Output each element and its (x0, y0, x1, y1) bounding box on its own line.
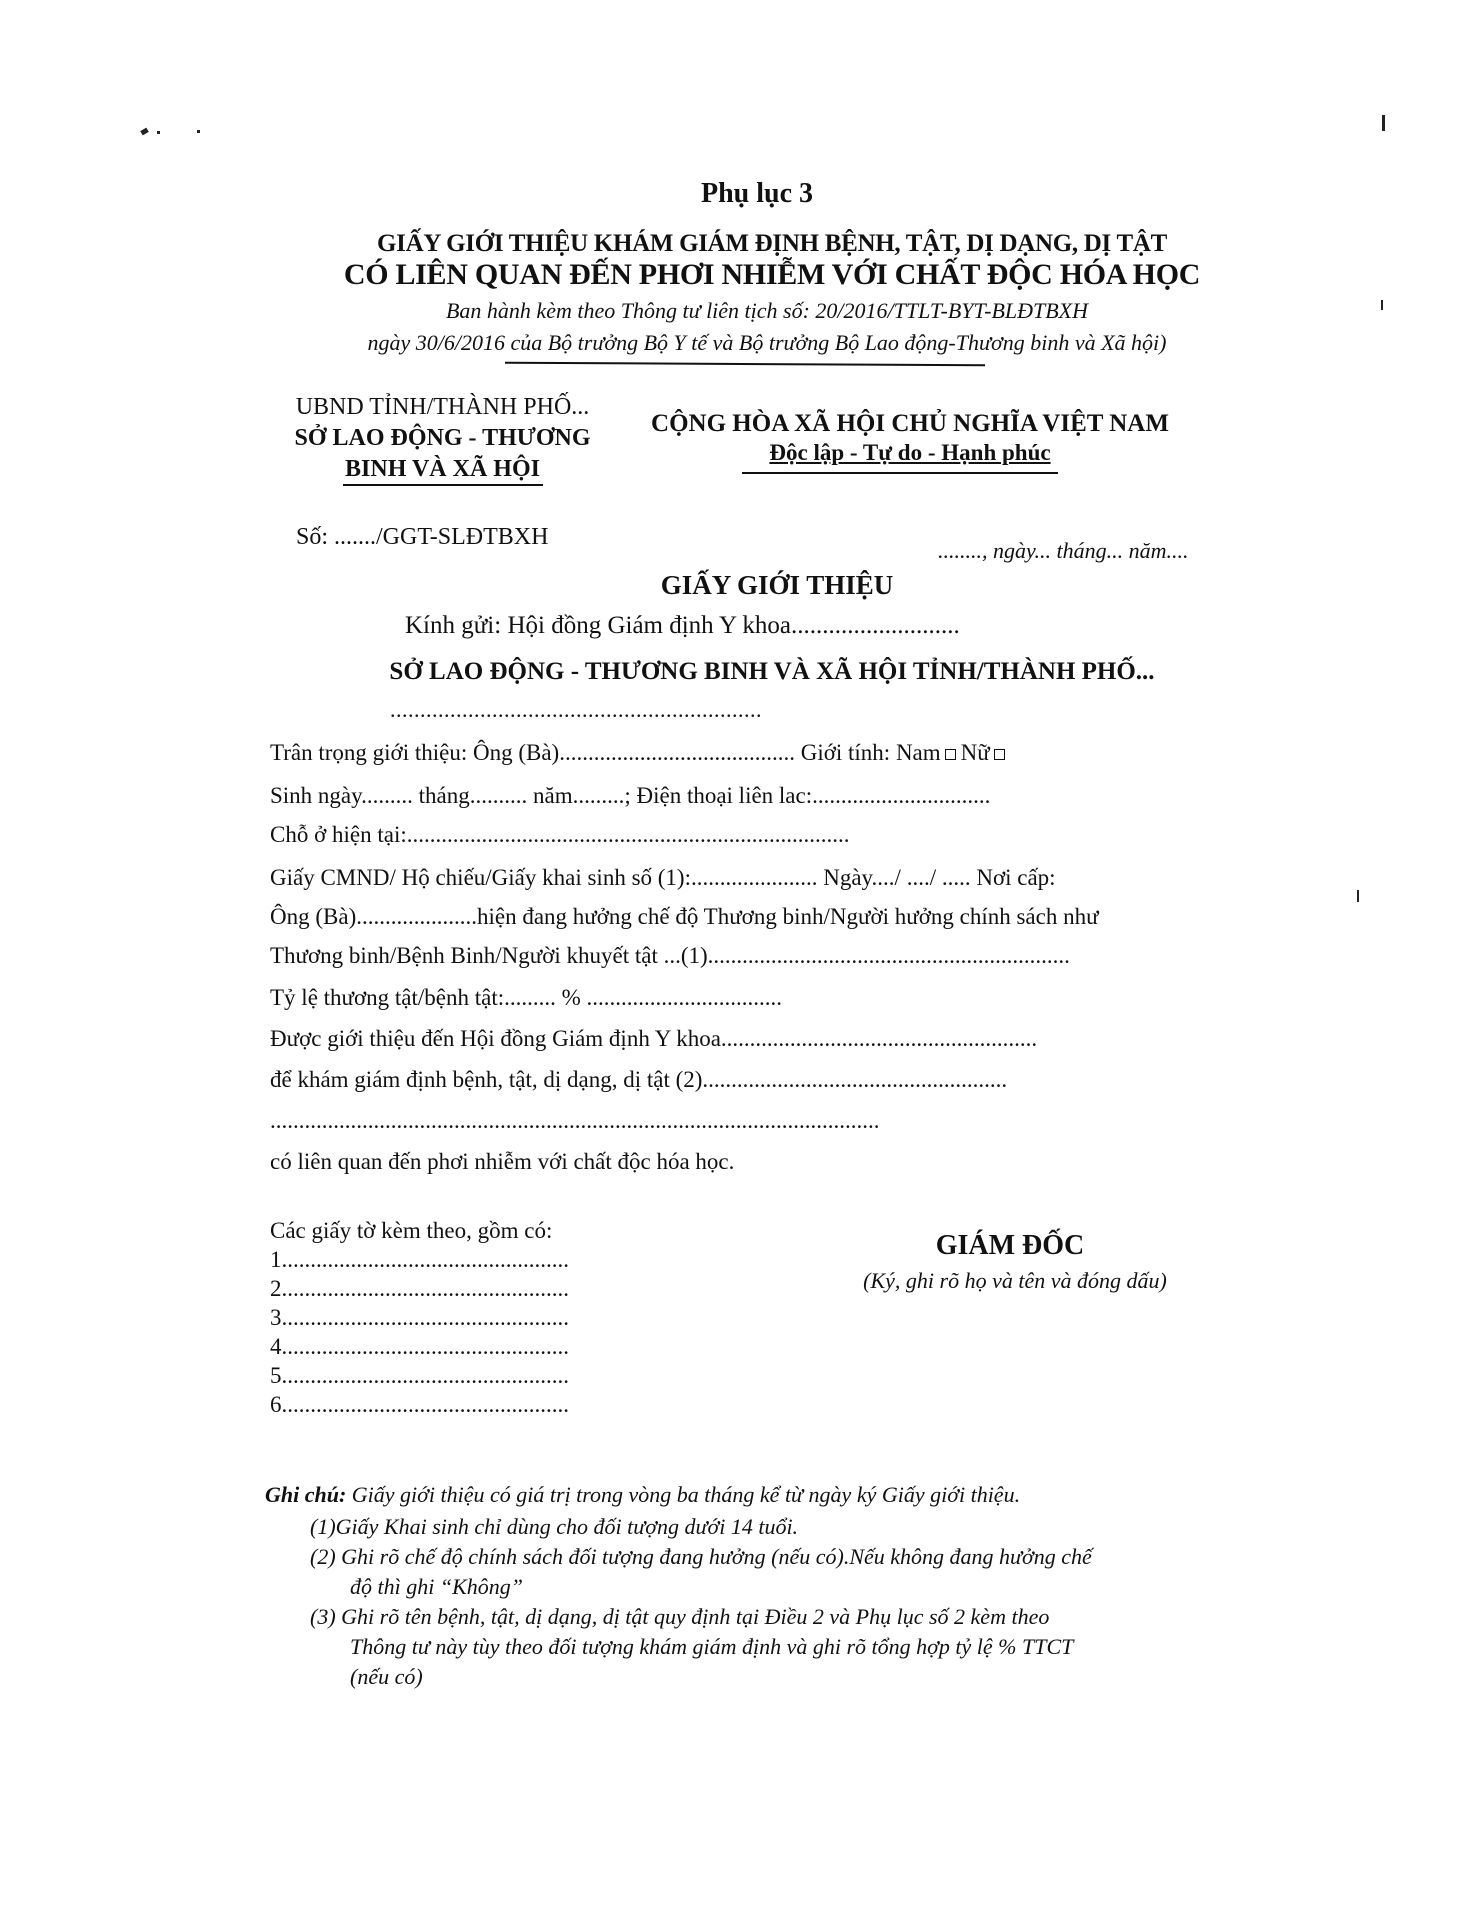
motto: Độc lập - Tự do - Hạnh phúc (630, 440, 1190, 466)
field-exam-blank: ........................................… (270, 1108, 880, 1134)
field-address: Chỗ ở hiện tại:.........................… (270, 822, 849, 848)
issued-by-line2: ngày 30/6/2016 của Bộ trưởng Bộ Y tế và … (0, 330, 1484, 356)
field-council: Được giới thiệu đến Hội đồng Giám định Y… (270, 1026, 1037, 1052)
scan-mark (197, 130, 200, 133)
attachment-item: 3.......................................… (270, 1305, 569, 1331)
issuer-block: UBND TỈNH/THÀNH PHỐ... SỞ LAO ĐỘNG - THƯ… (270, 392, 615, 485)
note-3-cont2: (nếu có) (350, 1664, 423, 1690)
attachment-item: 5.......................................… (270, 1363, 569, 1389)
note-3-cont: Thông tư này tùy theo đối tượng khám giá… (350, 1634, 1073, 1660)
scan-mark (140, 128, 149, 136)
gender-male-label: Nam (896, 740, 941, 765)
divider (505, 362, 985, 367)
appendix-label: Phụ lục 3 (0, 178, 1484, 210)
field-policy-line2: Thương binh/Bệnh Binh/Người khuyết tật .… (270, 943, 1070, 969)
field-id-document: Giấy CMND/ Hộ chiếu/Giấy khai sinh số (1… (270, 865, 1056, 891)
field-introduce: Trân trọng giới thiệu: Ông (Bà).........… (270, 740, 1010, 766)
note-label: Ghi chú: (265, 1482, 346, 1507)
introduce-label: Trân trọng giới thiệu: Ông (Bà).........… (270, 740, 890, 765)
scan-mark (1357, 890, 1359, 902)
gender-male-checkbox[interactable] (945, 749, 956, 760)
reference-number: Số: ......./GGT-SLĐTBXH (296, 524, 548, 551)
field-related: có liên quan đến phơi nhiễm với chất độc… (270, 1149, 734, 1175)
issuer-province: UBND TỈNH/THÀNH PHỐ... (270, 392, 615, 423)
attachment-item: 4.......................................… (270, 1334, 569, 1360)
note-1: (1)Giấy Khai sinh chỉ dùng cho đối tượng… (310, 1514, 798, 1540)
attachments-heading: Các giấy tờ kèm theo, gồm có: (270, 1218, 552, 1244)
note-2-cont: độ thì ghi “Không” (350, 1574, 523, 1600)
form-title-line1: GIẤY GIỚI THIỆU KHÁM GIÁM ĐỊNH BỆNH, TẬT… (0, 230, 1484, 258)
attachment-item: 2.......................................… (270, 1276, 569, 1302)
sender-department: SỞ LAO ĐỘNG - THƯƠNG BINH VÀ XÃ HỘI TỈNH… (0, 658, 1484, 686)
addressee: Kính gửi: Hội đồng Giám định Y khoa.....… (405, 612, 960, 640)
department-blank: ........................................… (390, 697, 762, 723)
form-title-line2: CÓ LIÊN QUAN ĐẾN PHƠI NHIỄM VỚI CHẤT ĐỘC… (0, 258, 1484, 292)
gender-female-checkbox[interactable] (994, 749, 1005, 760)
attachment-item: 6.......................................… (270, 1392, 569, 1418)
scan-mark (1382, 115, 1385, 131)
note-main: Ghi chú: Giấy giới thiệu có giá trị tron… (265, 1482, 1020, 1508)
divider (343, 484, 543, 486)
place-date: ........, ngày... tháng... năm.... (938, 538, 1189, 564)
country-name: CỘNG HÒA XÃ HỘI CHỦ NGHĨA VIỆT NAM (630, 410, 1190, 438)
note-validity: Giấy giới thiệu có giá trị trong vòng ba… (346, 1482, 1020, 1507)
field-birth-phone: Sinh ngày......... tháng.......... năm..… (270, 783, 990, 809)
national-motto-block: CỘNG HÒA XÃ HỘI CHỦ NGHĨA VIỆT NAM Độc l… (630, 410, 1190, 466)
signature-instruction: (Ký, ghi rõ họ và tên và đóng dấu) (770, 1268, 1260, 1294)
scan-mark (157, 131, 160, 134)
issuer-department: SỞ LAO ĐỘNG - THƯƠNG (270, 423, 615, 454)
gender-female-label: Nữ (961, 740, 990, 765)
signature-title: GIÁM ĐỐC (845, 1230, 1175, 1262)
issued-by-line1: Ban hành kèm theo Thông tư liên tịch số:… (0, 298, 1484, 324)
note-2: (2) Ghi rõ chế độ chính sách đối tượng đ… (310, 1544, 1092, 1570)
letter-title: GIẤY GIỚI THIỆU (0, 570, 1484, 601)
attachment-item: 1.......................................… (270, 1247, 569, 1273)
field-policy-line1: Ông (Bà).....................hiện đang h… (270, 904, 1099, 930)
field-exam: để khám giám định bệnh, tật, dị dạng, dị… (270, 1067, 1007, 1093)
field-injury-rate: Tỷ lệ thương tật/bệnh tật:......... % ..… (270, 985, 782, 1011)
issuer-department-cont: BINH VÀ XÃ HỘI (270, 454, 615, 485)
note-3: (3) Ghi rõ tên bệnh, tật, dị dạng, dị tậ… (310, 1604, 1049, 1630)
divider (742, 472, 1058, 474)
